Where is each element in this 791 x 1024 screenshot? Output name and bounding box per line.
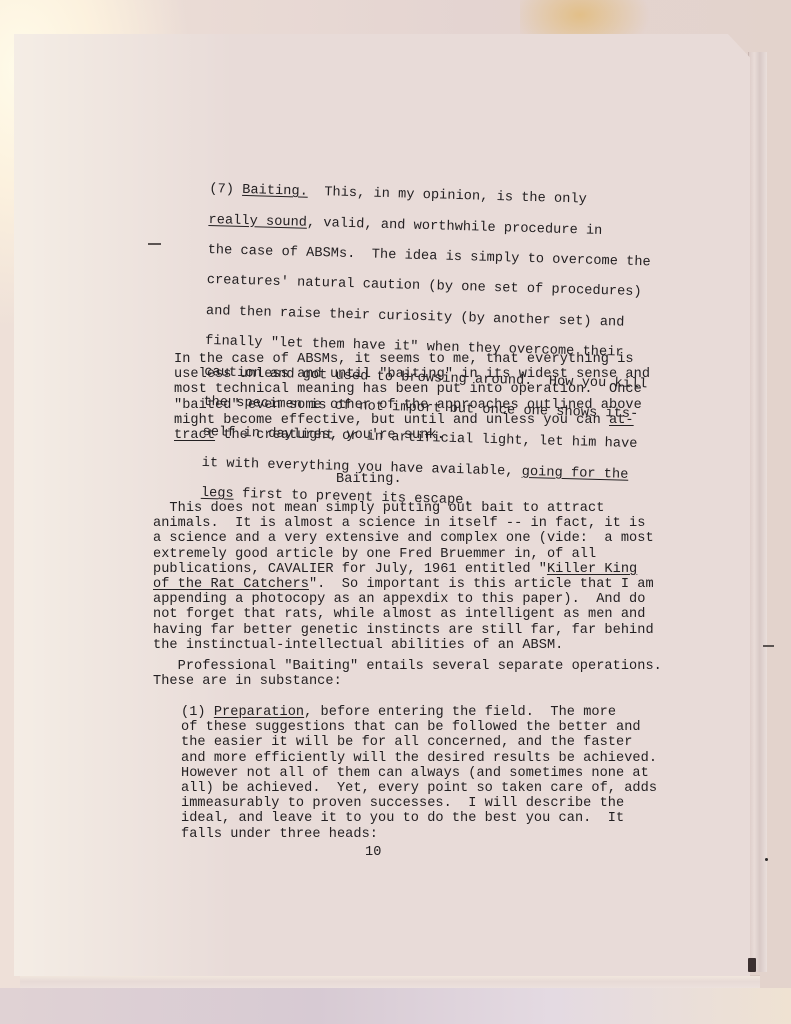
paragraph-professional: Professional "Baiting" entails several s… [153, 659, 662, 689]
section-7-baiting: (7) Baiting. This, in my opinion, is the… [200, 167, 653, 529]
margin-mark [763, 645, 774, 647]
text-line: of these suggestions that can be followe… [181, 720, 641, 735]
page-number: 10 [365, 845, 381, 860]
underlined-phrase: tract [174, 428, 215, 443]
item-title: Preparation [214, 705, 304, 720]
text-line: However not all of them can always (and … [181, 766, 649, 781]
text-line: extremely good article by one Fred Bruem… [153, 547, 596, 562]
text-line: animals. It is almost a science in itsel… [153, 516, 645, 531]
desk-surface [0, 988, 791, 1024]
text-line: immeasurably to proven successes. I will… [181, 796, 624, 811]
text-run: might become effective, but until and un… [174, 413, 609, 428]
underlined-phrase: really sound [208, 213, 307, 231]
text-line: This does not mean simply putting out ba… [153, 501, 604, 516]
text-line: In the case of ABSMs, it seems to me, th… [174, 352, 634, 367]
text-line: and more efficiently will the desired re… [181, 751, 657, 766]
paragraph-baiting: This does not mean simply putting out ba… [153, 501, 654, 653]
text-line: useless unless and until "baiting" in it… [174, 367, 650, 382]
item-1-preparation: (1) Preparation, before entering the fie… [181, 705, 657, 842]
text-line: the instinctual-intellectual abilities o… [153, 638, 563, 653]
text-run: the creatures, you're sunk. [215, 428, 445, 443]
section-7-line: (7) Baiting. This, in my opinion, is the… [209, 182, 652, 210]
section-number: (7) [209, 182, 234, 198]
text-run: This, in my opinion, is the only [324, 185, 587, 207]
text-line: "baited" even some other of the approach… [174, 398, 642, 413]
text-run: , valid, and worthwhile procedure in [307, 215, 603, 238]
section-7-line: really sound, valid, and worthwhile proc… [208, 213, 651, 241]
article-title-underlined: Killer King [547, 562, 637, 577]
underlined-phrase: legs [201, 486, 234, 502]
section-title: Baiting. [242, 183, 308, 200]
text-line: not forget that rats, while almost as in… [153, 607, 645, 622]
section-7-line: creatures' natural caution (by one set o… [207, 273, 650, 301]
text-line: the easier it will be for all concerned,… [181, 735, 632, 750]
text-line: having far better genetic instincts are … [153, 623, 654, 638]
text-run: publications, CAVALIER for July, 1961 en… [153, 562, 547, 577]
text-line: falls under three heads: [181, 827, 378, 842]
text-run: ". So important is this article that I a… [309, 577, 654, 592]
section-7-line: and then raise their curiosity (by anoth… [206, 304, 649, 332]
text-line: Professional "Baiting" entails several s… [153, 659, 662, 674]
section-heading: Baiting. [336, 472, 402, 487]
text-run: , before entering the field. The more [304, 705, 616, 720]
paragraph-absms: In the case of ABSMs, it seems to me, th… [174, 352, 650, 443]
text-line: all) be achieved. Yet, every point so ta… [181, 781, 657, 796]
underlined-phrase: at- [609, 413, 634, 428]
text-line: These are in substance: [153, 674, 342, 689]
page-stack-edge [748, 52, 767, 972]
underlined-phrase: going for the [522, 465, 629, 483]
text-line: most technical meaning has been put into… [174, 382, 642, 397]
text-line: appending a photocopy as an appexdix to … [153, 592, 645, 607]
section-7-line: the case of ABSMs. The idea is simply to… [207, 243, 650, 271]
item-number: (1) [181, 705, 206, 720]
text-line: a science and a very extensive and compl… [153, 531, 654, 546]
ink-speck [765, 858, 768, 861]
margin-mark [148, 243, 161, 245]
article-title-underlined: of the Rat Catchers [153, 577, 309, 592]
section-7-line: it with everything you have available, g… [202, 456, 645, 484]
text-line: ideal, and leave it to you to do the bes… [181, 811, 624, 826]
binder-clip-mark [748, 958, 756, 972]
